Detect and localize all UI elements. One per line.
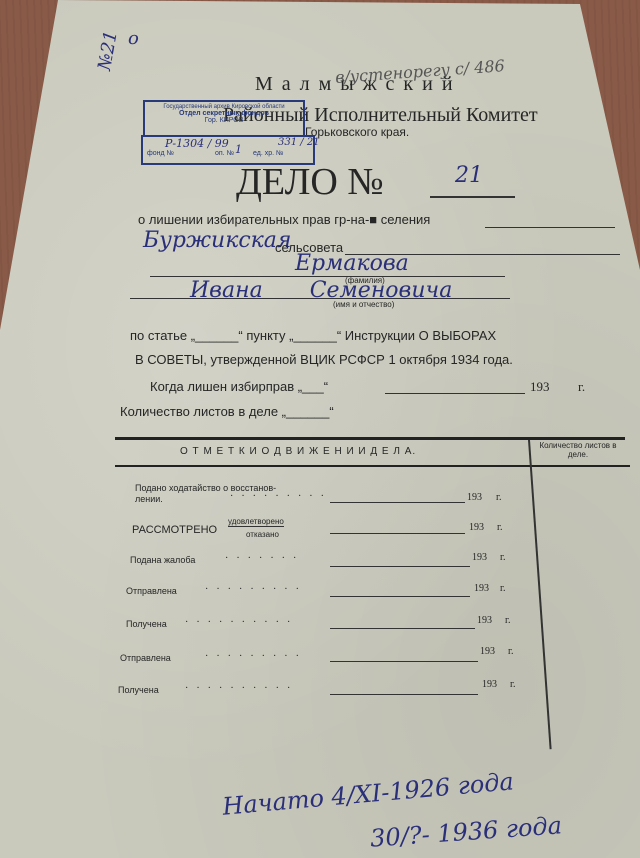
settlement-blank	[485, 227, 615, 228]
row-g: г.	[500, 552, 505, 563]
deprivation-line: о лишении избирательных прав гр-на-■ сел…	[138, 212, 430, 227]
row-g: г.	[505, 615, 510, 626]
name-caption: (имя и отчество)	[333, 300, 394, 309]
row-label: Отправлена	[120, 653, 171, 663]
date-blank	[330, 694, 478, 695]
date-blank	[330, 628, 475, 629]
row-g: г.	[497, 522, 502, 533]
movements-header: О Т М Е Т К И О Д В И Ж Е Н И И Д Е Л А.	[180, 446, 416, 457]
row-label: Получена	[126, 619, 167, 629]
stamp-line2: Отдел секретных фондов	[145, 110, 303, 117]
table-top-rule	[115, 437, 625, 440]
deprived-when-year: 193	[530, 379, 550, 395]
date-blank	[330, 533, 465, 534]
fond-value: Р-1304 / 99	[165, 137, 229, 150]
sheets-count-label: Количество листов в деле „______“	[120, 404, 334, 419]
opis-value: 1	[235, 143, 242, 156]
surname-handwritten: Ермакова	[295, 251, 409, 276]
leader-dots: ·········	[230, 491, 332, 502]
date-blank	[330, 661, 478, 662]
leader-dots: ·········	[205, 651, 307, 662]
case-number: 21	[455, 163, 483, 188]
leader-dots: ·········	[205, 584, 307, 595]
stamp-line3: Гор. КИРОВ	[145, 117, 303, 124]
approved-option: удовлетворено	[228, 517, 284, 527]
fond-label: фонд №	[147, 150, 174, 157]
article-line: по статье „______“ пункту „______“ Инстр…	[130, 328, 496, 343]
opis-label: оп. №	[215, 150, 234, 157]
row-year: 193	[469, 522, 484, 533]
row-year: 193	[472, 552, 487, 563]
name-blank	[130, 298, 510, 299]
case-number-line	[430, 196, 515, 198]
leader-dots: ·······	[225, 553, 304, 564]
archive-stamp: Государственный архив Кировской области …	[143, 100, 305, 137]
row-label: Подана жалоба	[130, 555, 195, 565]
deprived-when-g: г.	[578, 379, 585, 395]
date-blank	[330, 596, 470, 597]
row-label: Получена	[118, 685, 159, 695]
deprived-when-blank	[385, 393, 525, 394]
row-year: 193	[474, 583, 489, 594]
name-handwritten: Ивана Семеновича	[190, 278, 452, 303]
case-title: ДЕЛО №	[236, 160, 384, 204]
leader-dots: ··········	[185, 617, 298, 628]
leader-dots: ··········	[185, 683, 298, 694]
delo-value: 331 / 21	[278, 137, 320, 148]
row-g: г.	[496, 492, 501, 503]
surname-blank	[150, 276, 505, 277]
rejected-option: отказано	[246, 530, 279, 539]
delo-label: ед. хр. №	[253, 150, 284, 157]
region-name: Горьковского края.	[305, 125, 409, 139]
row-g: г.	[508, 646, 513, 657]
deprived-when-label: Когда лишен избирправ „___“	[150, 379, 328, 394]
date-blank	[330, 502, 465, 503]
margin-circle-note: о	[128, 28, 139, 49]
row-year: 193	[480, 646, 495, 657]
district-name: М а л м ы ж с к и й	[255, 73, 455, 96]
row-label: РАССМОТРЕНО	[132, 524, 217, 536]
sheets-column-header: Количество листов в деле.	[533, 441, 623, 459]
table-header-rule	[115, 465, 630, 467]
instruction-line: В СОВЕТЫ, утвержденной ВЦИК РСФСР 1 октя…	[135, 352, 513, 367]
selsovet-handwritten: Буржикская	[143, 228, 291, 253]
row-year: 193	[467, 492, 482, 503]
row-year: 193	[482, 679, 497, 690]
row-year: 193	[477, 615, 492, 626]
row-label: Отправлена	[126, 586, 177, 596]
row-g: г.	[510, 679, 515, 690]
row-g: г.	[500, 583, 505, 594]
date-blank	[330, 566, 470, 567]
